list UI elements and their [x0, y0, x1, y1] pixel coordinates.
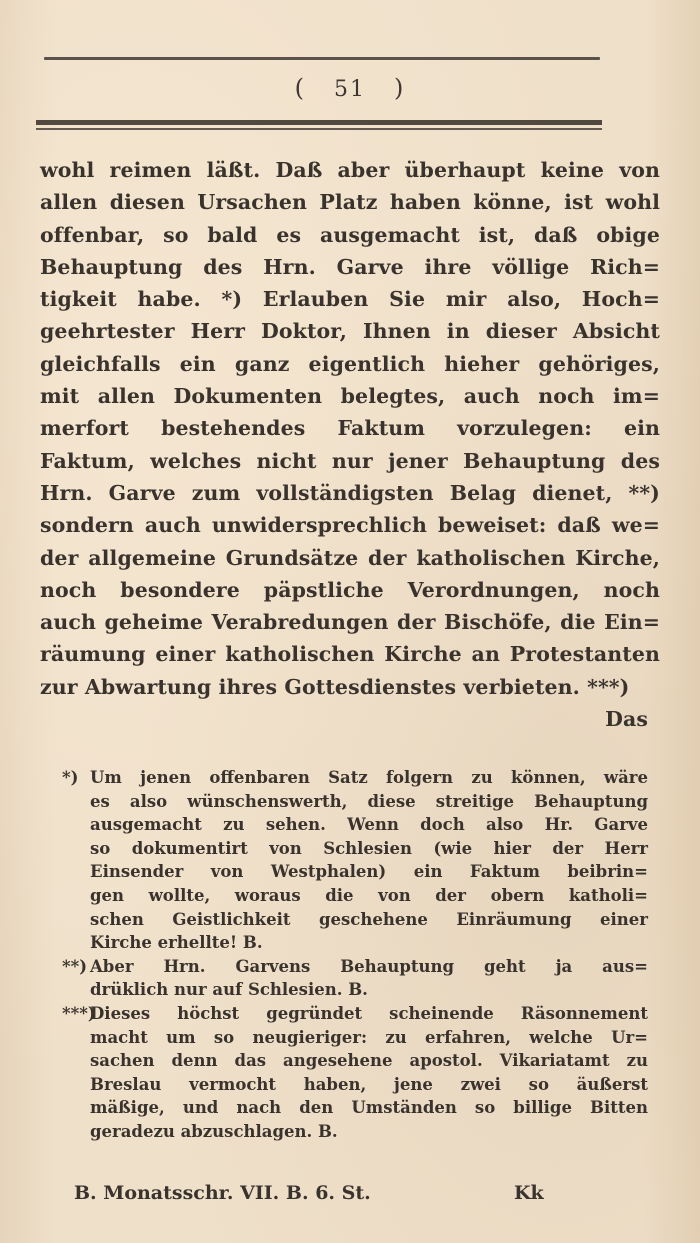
- footnote-marker: ***): [62, 1002, 90, 1026]
- text-line: wohl reimen läßt. Daß aber überhaupt kei…: [40, 154, 660, 186]
- header-double-rule-thick: [36, 120, 602, 125]
- footnote-marker: **): [62, 955, 90, 979]
- text-line: sondern auch unwidersprechlich beweiset:…: [40, 509, 660, 541]
- footnote-1-line: ausgemacht zu sehen. Wenn doch also Hr. …: [62, 813, 648, 837]
- footnote-3-line: geradezu abzuschlagen. B.: [62, 1120, 648, 1144]
- footnote-1-line: gen wollte, woraus die von der obern kat…: [62, 884, 648, 908]
- footnote-3-line: Breslau vermocht haben, jene zwei so äuß…: [62, 1073, 648, 1097]
- journal-signature: B. Monatsschr. VII. B. 6. St.: [74, 1178, 371, 1208]
- footnote-1-line: *)Um jenen offenbaren Satz folgern zu kö…: [62, 766, 648, 790]
- page-number-open-paren: (: [295, 74, 306, 102]
- text-line: mit allen Dokumenten belegtes, auch noch…: [40, 380, 660, 412]
- footnote-2-line: drüklich nur auf Schlesien. B.: [62, 978, 648, 1002]
- text-line: allen diesen Ursachen Platz haben könne,…: [40, 186, 660, 218]
- top-rule: [44, 57, 600, 60]
- footnote-3-line: mäßige, und nach den Umständen so billig…: [62, 1096, 648, 1120]
- text-line: offenbar, so bald es ausgemacht ist, daß…: [40, 219, 660, 251]
- page-header: (51): [0, 74, 700, 102]
- footnote-3-line: sachen denn das angesehene apostol. Vika…: [62, 1049, 648, 1073]
- text-line: zur Abwartung ihres Gottesdienstes verbi…: [40, 671, 660, 703]
- footnote-2-line: **)Aber Hrn. Garvens Behauptung geht ja …: [62, 955, 648, 979]
- printer-signature-line: B. Monatsschr. VII. B. 6. St. Kk: [74, 1178, 594, 1208]
- footnote-1-line: schen Geistlichkeit geschehene Einräumun…: [62, 908, 648, 932]
- text-line: Faktum, welches nicht nur jener Behauptu…: [40, 445, 660, 477]
- text-line: Hrn. Garve zum vollständigsten Belag die…: [40, 477, 660, 509]
- text-line: räumung einer katholischen Kirche an Pro…: [40, 638, 660, 670]
- text-line: geehrtester Herr Doktor, Ihnen in dieser…: [40, 315, 660, 347]
- catchword: Das: [40, 703, 660, 735]
- footnotes: *)Um jenen offenbaren Satz folgern zu kö…: [62, 766, 648, 1144]
- page-number: 51: [334, 77, 366, 102]
- footnote-marker: *): [62, 766, 90, 790]
- signature-mark: Kk: [514, 1178, 544, 1208]
- footnote-3-line: ***)Dieses höchst gegründet scheinende R…: [62, 1002, 648, 1026]
- footnote-1-line: es also wünschenswerth, diese streitige …: [62, 790, 648, 814]
- footnote-1-line: Kirche erhellte! B.: [62, 931, 648, 955]
- page-number-close-paren: ): [394, 74, 405, 102]
- footnote-3-line: macht um so neugieriger: zu erfahren, we…: [62, 1026, 648, 1050]
- text-line: gleichfalls ein ganz eigentlich hieher g…: [40, 348, 660, 380]
- text-line: noch besondere päpstliche Verordnungen, …: [40, 574, 660, 606]
- book-page: (51) wohl reimen läßt. Daß aber überhaup…: [0, 0, 700, 1243]
- text-line: merfort bestehendes Faktum vorzulegen: e…: [40, 412, 660, 444]
- footnote-1-line: so dokumentirt von Schlesien (wie hier d…: [62, 837, 648, 861]
- text-line: tigkeit habe. *) Erlauben Sie mir also, …: [40, 283, 660, 315]
- main-body-text: wohl reimen läßt. Daß aber überhaupt kei…: [40, 154, 660, 735]
- text-line: Behauptung des Hrn. Garve ihre völlige R…: [40, 251, 660, 283]
- header-double-rule-thin: [36, 128, 602, 130]
- text-line: der allgemeine Grundsätze der katholisch…: [40, 542, 660, 574]
- footnote-1-line: Einsender von Westphalen) ein Faktum bei…: [62, 860, 648, 884]
- text-line: auch geheime Verabredungen der Bischöfe,…: [40, 606, 660, 638]
